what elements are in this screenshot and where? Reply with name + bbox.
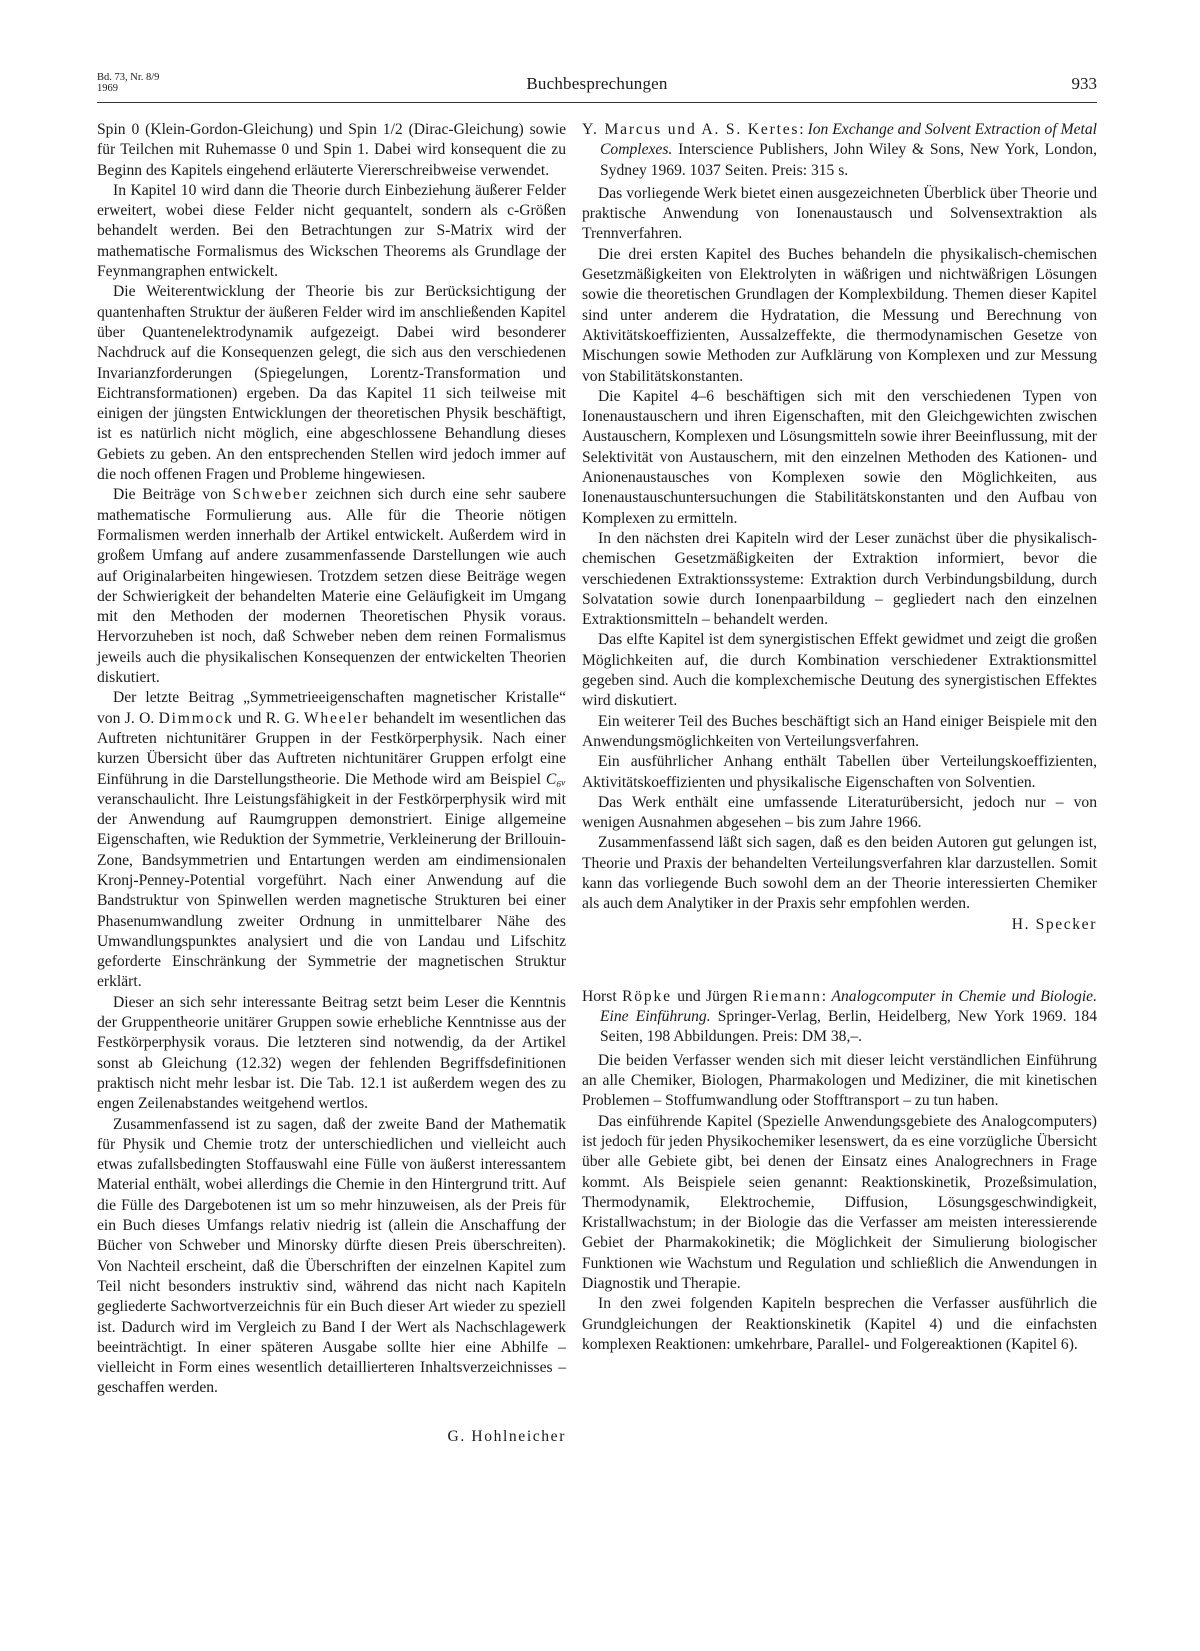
author-name: Schweber: [233, 486, 309, 503]
paragraph: Die beiden Verfasser wenden sich mit die…: [582, 1051, 1097, 1112]
paragraph: Das Werk enthält eine umfassende Literat…: [582, 793, 1097, 834]
book-author: Riemann: [753, 988, 822, 1005]
paragraph: Die Weiterentwicklung der Theorie bis zu…: [97, 282, 566, 485]
page-number: 933: [1072, 74, 1098, 94]
paragraph: In den zwei folgenden Kapiteln bespreche…: [582, 1294, 1097, 1355]
book-authors: Y. Marcus und A. S. Kertes: [582, 121, 799, 138]
author-name: Wheeler: [304, 710, 369, 727]
text: :: [799, 121, 807, 138]
text: :: [822, 988, 832, 1005]
paragraph: Die Kapitel 4–6 beschäftigen sich mit de…: [582, 387, 1097, 529]
text: Die Beiträge von: [113, 486, 233, 503]
right-column: Y. Marcus und A. S. Kertes: Ion Exchange…: [582, 120, 1097, 1355]
paragraph: Das vorliegende Werk bietet einen ausgez…: [582, 184, 1097, 245]
text: und R. G.: [234, 710, 304, 727]
book-reference: Horst Röpke und Jürgen Riemann: Analogco…: [582, 987, 1097, 1048]
book-reference: Y. Marcus und A. S. Kertes: Ion Exchange…: [582, 120, 1097, 181]
reviewer-signature: H. Specker: [582, 915, 1097, 935]
text: veranschaulicht. Ihre Leistungsfähigkeit…: [97, 791, 566, 991]
reviewer-signature: G. Hohlneicher: [97, 1427, 566, 1447]
text: Horst: [582, 988, 622, 1005]
left-column: Spin 0 (Klein-Gordon-Gleichung) und Spin…: [97, 120, 566, 1447]
text: und Jürgen: [672, 988, 753, 1005]
paragraph: Das einführende Kapitel (Spezielle Anwen…: [582, 1112, 1097, 1295]
paragraph: In den nächsten drei Kapiteln wird der L…: [582, 529, 1097, 630]
section-title: Buchbesprechungen: [97, 74, 1097, 94]
paragraph: Dieser an sich sehr interessante Beitrag…: [97, 993, 566, 1115]
paragraph: Zusammenfassend läßt sich sagen, daß es …: [582, 833, 1097, 914]
paragraph: Das elfte Kapitel ist dem synergistische…: [582, 630, 1097, 711]
paragraph: Die drei ersten Kapitel des Buches behan…: [582, 245, 1097, 387]
paragraph: Zusammenfassend ist zu sagen, daß der zw…: [97, 1115, 566, 1399]
paragraph: In Kapitel 10 wird dann die Theorie durc…: [97, 181, 566, 282]
text: zeichnen sich durch eine sehr saubere ma…: [97, 486, 566, 686]
paragraph: Ein weiterer Teil des Buches beschäftigt…: [582, 712, 1097, 753]
paragraph: Der letzte Beitrag „Symmetrieeigenschaft…: [97, 688, 566, 992]
author-name: Dimmock: [159, 710, 234, 727]
paragraph: Die Beiträge von Schweber zeichnen sich …: [97, 485, 566, 688]
book-author: Röpke: [622, 988, 672, 1005]
paragraph: Spin 0 (Klein-Gordon-Gleichung) und Spin…: [97, 120, 566, 181]
spacer: [97, 1399, 566, 1427]
math-symbol: C₆ᵥ: [546, 771, 566, 788]
page-header: Bd. 73, Nr. 8/9 1969 Buchbesprechungen 9…: [97, 72, 1097, 108]
publication-info: Interscience Publishers, John Wiley & So…: [600, 141, 1097, 178]
spacer: [582, 935, 1097, 987]
paragraph: Ein ausführlicher Anhang enthält Tabelle…: [582, 752, 1097, 793]
header-rule: [97, 102, 1097, 103]
